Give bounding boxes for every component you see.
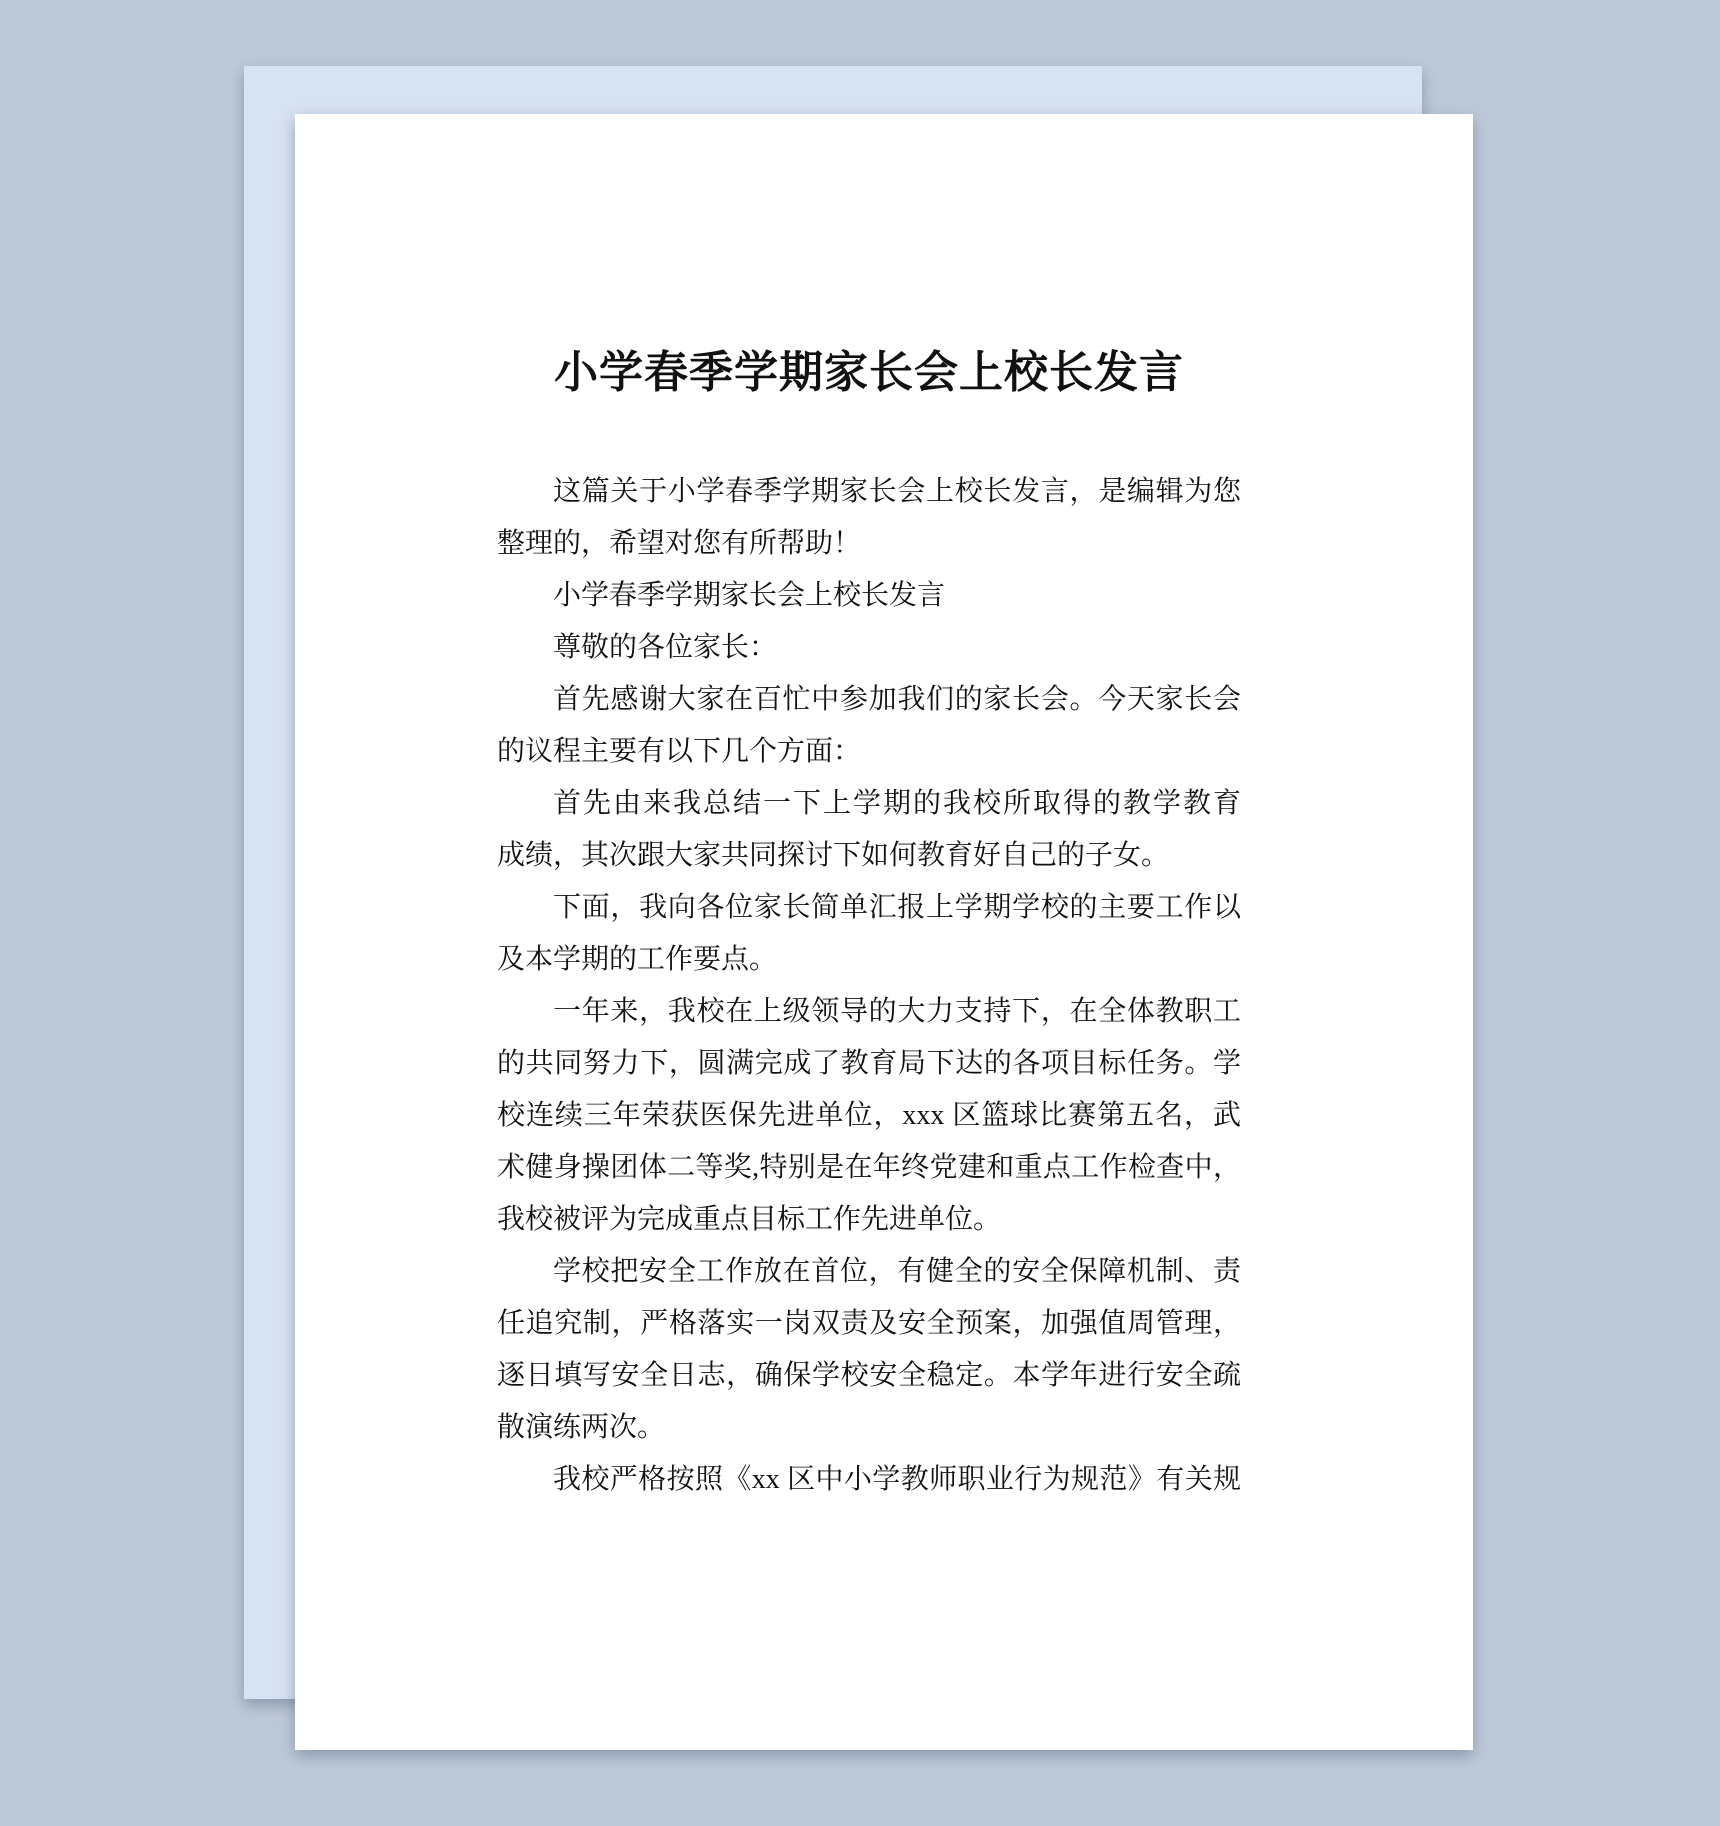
document-line: 学校把安全工作放在首位，有健全的安全保障机制、责 bbox=[497, 1246, 1241, 1298]
document-preview-background: { "colors": { "background": "#becad9", "… bbox=[0, 0, 1720, 1826]
document-line: 任追究制，严格落实一岗双责及安全预案，加强值周管理， bbox=[497, 1298, 1241, 1350]
document-line: 我校被评为完成重点目标工作先进单位。 bbox=[497, 1194, 1241, 1246]
document-line: 一年来，我校在上级领导的大力支持下，在全体教职工 bbox=[497, 986, 1241, 1038]
document-line: 尊敬的各位家长： bbox=[497, 622, 1241, 674]
document-line: 散演练两次。 bbox=[497, 1402, 1241, 1454]
document-line: 首先感谢大家在百忙中参加我们的家长会。今天家长会 bbox=[497, 674, 1241, 726]
document-line: 首先由来我总结一下上学期的我校所取得的教学教育 bbox=[497, 778, 1241, 830]
document-line: 小学春季学期家长会上校长发言 bbox=[497, 570, 1241, 622]
document-page: 小学春季学期家长会上校长发言 这篇关于小学春季学期家长会上校长发言，是编辑为您整… bbox=[295, 114, 1473, 1750]
document-line: 及本学期的工作要点。 bbox=[497, 934, 1241, 986]
page-content: 小学春季学期家长会上校长发言 这篇关于小学春季学期家长会上校长发言，是编辑为您整… bbox=[295, 344, 1473, 1506]
document-line: 我校严格按照《xx 区中小学教师职业行为规范》有关规 bbox=[497, 1454, 1241, 1506]
document-line: 的共同努力下，圆满完成了教育局下达的各项目标任务。学 bbox=[497, 1038, 1241, 1090]
document-title: 小学春季学期家长会上校长发言 bbox=[497, 344, 1241, 402]
document-body: 这篇关于小学春季学期家长会上校长发言，是编辑为您整理的，希望对您有所帮助！小学春… bbox=[497, 466, 1241, 1506]
document-line: 校连续三年荣获医保先进单位，xxx 区篮球比赛第五名，武 bbox=[497, 1090, 1241, 1142]
document-line: 整理的，希望对您有所帮助！ bbox=[497, 518, 1241, 570]
document-line: 的议程主要有以下几个方面： bbox=[497, 726, 1241, 778]
document-line: 逐日填写安全日志，确保学校安全稳定。本学年进行安全疏 bbox=[497, 1350, 1241, 1402]
document-line: 下面，我向各位家长简单汇报上学期学校的主要工作以 bbox=[497, 882, 1241, 934]
document-line: 成绩，其次跟大家共同探讨下如何教育好自己的子女。 bbox=[497, 830, 1241, 882]
document-line: 这篇关于小学春季学期家长会上校长发言，是编辑为您 bbox=[497, 466, 1241, 518]
document-line: 术健身操团体二等奖,特别是在年终党建和重点工作检查中， bbox=[497, 1142, 1241, 1194]
